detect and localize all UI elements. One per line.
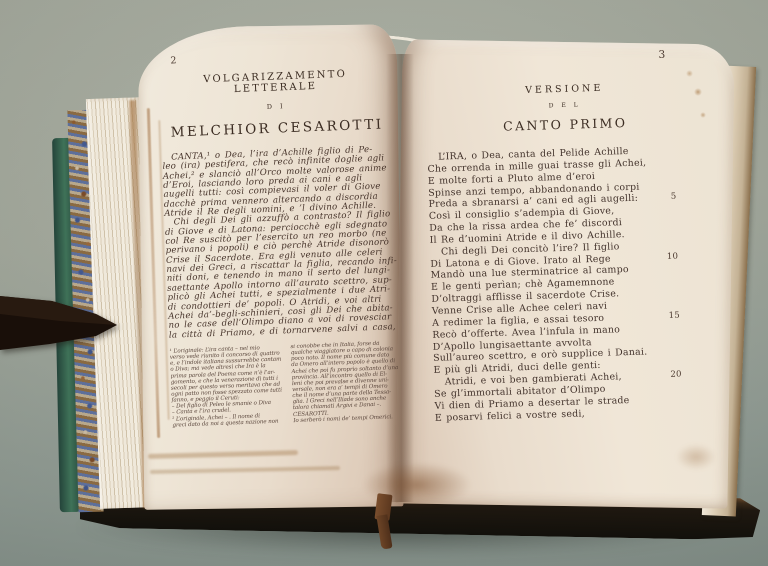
- verse-line-number: 15: [669, 310, 681, 322]
- photo-of-open-book: 2 VOLGARIZZAMENTO LETTERALE D I MELCHIOR…: [0, 0, 768, 566]
- pointer-tool: [0, 288, 132, 360]
- left-page-text: 2 VOLGARIZZAMENTO LETTERALE D I MELCHIOR…: [158, 41, 404, 429]
- heading-author: MELCHIOR CESAROTTI: [161, 116, 393, 141]
- footnote-column-2: si conobbe che in Italia, forse daqualch…: [290, 340, 404, 424]
- verse-block: L’IRA, o Dea, canta del Pelide Achille C…: [427, 144, 713, 425]
- heading-volgarizzamento: VOLGARIZZAMENTO LETTERALE: [159, 67, 392, 98]
- heading-versione: VERSIONE: [425, 80, 703, 99]
- footnotes: ¹ L’originale: L’ira canta – nel miovers…: [169, 340, 404, 429]
- prose-translation-body: CANTA,¹ o Dea, l’ira d’Achille figlio di…: [162, 145, 401, 341]
- right-page-heading: VERSIONE D E L CANTO PRIMO: [425, 80, 704, 136]
- paragraph-1: CANTA,¹ o Dea, l’ira d’Achille figlio di…: [162, 145, 396, 219]
- right-page-text: 3 VERSIONE D E L CANTO PRIMO L’IRA, o De…: [424, 42, 713, 424]
- heading-di: D I: [160, 98, 392, 115]
- left-page-heading: VOLGARIZZAMENTO LETTERALE D I MELCHIOR C…: [159, 67, 393, 141]
- left-page-number: 2: [170, 55, 177, 66]
- right-page-number: 3: [658, 49, 666, 61]
- heading-canto-primo: CANTO PRIMO: [426, 113, 704, 136]
- verse-line-number: 5: [671, 192, 677, 204]
- footnote-column-1: ¹ L’originale: L’ira canta – nel miovers…: [169, 344, 283, 428]
- heading-del: D E L: [426, 98, 704, 113]
- verse-line-number: 10: [667, 251, 679, 263]
- verse-line-number: 20: [670, 370, 682, 382]
- paragraph-2: Chi degli Dei gli azzuffò a contrasto? I…: [165, 210, 401, 340]
